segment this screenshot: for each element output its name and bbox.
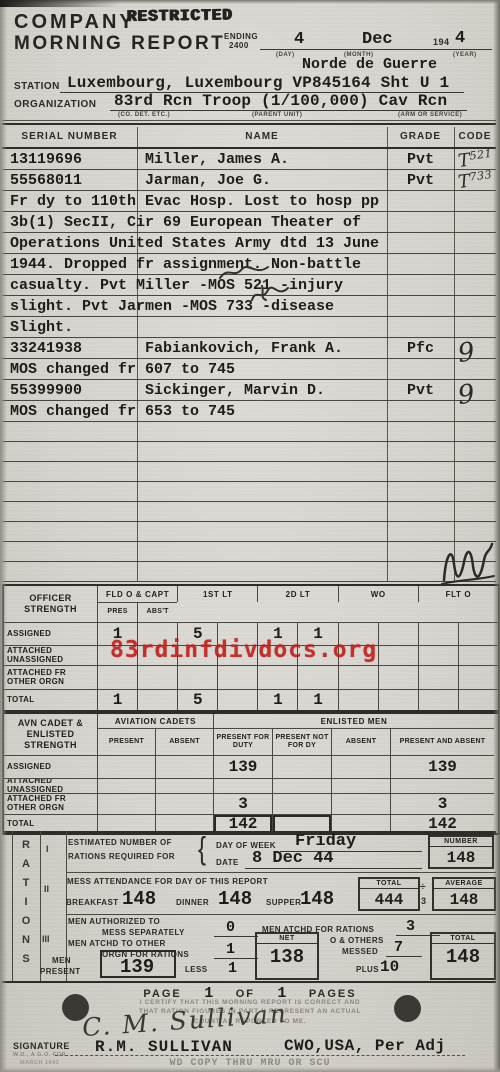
value-cell: [378, 665, 418, 689]
rations-vertical-label: RATIONS: [17, 836, 35, 969]
form-title-line2: MORNING REPORT: [14, 33, 225, 55]
value-cell: [418, 689, 458, 710]
value-cell: 1: [297, 689, 337, 710]
value-cell: [97, 755, 155, 778]
table-row: [2, 562, 496, 582]
row-label: ATTACHED UNASSIGNED: [4, 778, 97, 793]
row-label: ASSIGNED: [4, 755, 97, 778]
rations-bottom-rule: [2, 981, 496, 983]
initials-doodle: [440, 540, 496, 586]
rations-sec2-rule: [66, 914, 496, 915]
value-cell: [217, 665, 257, 689]
column-divider: [454, 254, 455, 274]
value-cell: [378, 622, 418, 645]
value-cell: [338, 689, 378, 710]
ration-date-value: 8 Dec 44: [252, 849, 334, 868]
column-divider: [137, 380, 138, 400]
entries-table: SERIAL NUMBER NAME GRADE CODE 13119696Mi…: [2, 127, 496, 582]
header-rule-thick: [2, 123, 496, 125]
column-divider: [454, 422, 455, 441]
breakfast-value: 148: [122, 888, 156, 910]
value-cell: [331, 755, 390, 778]
value-cell: [272, 793, 331, 814]
column-group-header: WO: [338, 586, 418, 602]
table-row: Slight.: [2, 317, 496, 338]
value-cell: [217, 689, 257, 710]
column-divider: [137, 522, 138, 541]
less-label: LESS: [185, 965, 208, 974]
org-sublabel-arm: (ARM OR SERVICE): [398, 112, 462, 118]
remark-text: Slight.: [10, 320, 73, 335]
station-label: STATION: [14, 81, 60, 92]
date-month-value: Dec: [362, 30, 393, 49]
table-row: [2, 542, 496, 562]
org-sublabel-parent: (PARENT UNIT): [252, 112, 302, 118]
rations-total-box: TOTAL 148: [430, 932, 496, 980]
column-divider: [387, 296, 388, 316]
table-row: [2, 502, 496, 522]
table-row: 33241938Fabiankovich, Frank A.Pfc9: [2, 338, 496, 359]
value-cell: [338, 665, 378, 689]
rations-letter: S: [17, 950, 35, 969]
column-subheader: PRESENT FOR DUTY: [213, 728, 272, 755]
day-sublabel: (DAY): [276, 52, 295, 58]
remark-text: MOS changed fr 607 to 745: [10, 362, 235, 377]
column-divider: [137, 462, 138, 481]
value-cell: [155, 793, 213, 814]
column-divider: [137, 562, 138, 581]
others-messed-value: 7: [394, 939, 403, 956]
ending-time: 2400: [229, 41, 249, 50]
column-divider: [137, 502, 138, 521]
section-numeral-2: II: [44, 884, 49, 894]
column-divider: [454, 170, 455, 190]
mess-total-value: 444: [360, 889, 418, 909]
divide-sign: ÷: [420, 882, 426, 893]
value-cell: [97, 778, 155, 793]
value-cell: [213, 778, 272, 793]
column-divider: [137, 149, 138, 169]
column-group-header: FLD O & CAPT: [97, 586, 177, 602]
scan-edge-corner: [0, 0, 120, 7]
column-divider: [137, 170, 138, 190]
value-cell: [458, 665, 498, 689]
serial-number-cell: 55399900: [10, 383, 82, 398]
rations-total-label: TOTAL: [432, 934, 494, 944]
breakfast-label: BREAKFAST: [66, 898, 119, 907]
grade-cell: Pvt: [387, 173, 454, 188]
number-box: NUMBER 148: [428, 835, 494, 869]
net-box: NET 138: [255, 932, 319, 980]
remark-text: 3b(1) SecII, Cir 69 European Theater of: [10, 215, 361, 230]
value-cell: [418, 665, 458, 689]
men-atchd-rations-value: 3: [406, 918, 415, 935]
value-cell: [97, 665, 137, 689]
mess-total-label: TOTAL: [360, 879, 418, 889]
scan-edge-left: [0, 0, 7, 1072]
value-cell: [137, 689, 177, 710]
ration-date-label: DATE: [216, 858, 239, 867]
section-numeral-1: I: [46, 844, 49, 854]
column-subheader: ABS'T: [137, 602, 177, 622]
date-day-value: 4: [294, 30, 304, 49]
morning-report-page: COMPANY MORNING REPORT RESTRICTED ENDING…: [0, 0, 500, 1072]
grade-cell: Pvt: [387, 152, 454, 167]
value-cell: [297, 665, 337, 689]
column-divider: [387, 401, 388, 421]
remark-text: MOS changed fr 653 to 745: [10, 404, 235, 419]
men-authorized-label-2: MESS SEPARATELY: [102, 928, 185, 937]
value-cell: [418, 622, 458, 645]
value-cell: [272, 755, 331, 778]
value-cell: 139: [390, 755, 494, 778]
column-subheader: ABSENT: [155, 728, 213, 755]
row-label: ASSIGNED: [4, 622, 97, 645]
column-subheader: PRESENT NOT FOR DY: [272, 728, 331, 755]
mess-separately-value: 0: [226, 919, 235, 936]
column-divider: [454, 317, 455, 337]
column-divider: [137, 317, 138, 337]
name-header: NAME: [137, 131, 387, 142]
punch-hole: [394, 995, 421, 1022]
name-cell: Fabiankovich, Frank A.: [145, 341, 343, 356]
supper-label: SUPPER: [266, 898, 301, 907]
men-present-label-1: MEN: [52, 956, 71, 965]
column-divider: [454, 212, 455, 232]
estimated-label-1: ESTIMATED NUMBER OF: [68, 838, 172, 847]
column-divider: [137, 422, 138, 441]
watermark: 83rdinfdivdocs.org: [110, 637, 377, 663]
value-underline: [386, 955, 422, 957]
form-title-line1: COMPANY: [14, 11, 136, 34]
column-group-header: 2D LT: [257, 586, 337, 602]
others-label-1: O & OTHERS: [330, 936, 384, 945]
value-cell: [458, 622, 498, 645]
remark-text: Fr dy to 110th Evac Hosp. Lost to hosp p…: [10, 194, 379, 209]
value-cell: [458, 645, 498, 665]
name-cell: Jarman, Joe G.: [145, 173, 271, 188]
year-sublabel: (YEAR): [453, 52, 477, 58]
column-divider: [387, 422, 388, 441]
value-cell: 1: [97, 689, 137, 710]
column-divider: [454, 401, 455, 421]
atchd-other-value: 1: [226, 941, 235, 958]
table-row: 13119696Miller, James A.PvtT521: [2, 149, 496, 170]
value-cell: [137, 665, 177, 689]
org-sublabel-co: (CO. DET. ETC.): [118, 112, 170, 118]
value-cell: [257, 665, 297, 689]
row-label: ATTACHED FR OTHER ORGN: [4, 665, 97, 689]
rations-letter: O: [17, 912, 35, 931]
value-cell: [378, 689, 418, 710]
serial-number-cell: 55568011: [10, 173, 82, 188]
table-row: [2, 462, 496, 482]
men-authorized-label-1: MEN AUTHORIZED TO: [68, 917, 160, 926]
rations-letter-rule: [40, 831, 41, 981]
restricted-stamp: RESTRICTED: [127, 6, 233, 25]
enlisted-strength-table: AVN CADET & ENLISTED STRENGTHAVIATION CA…: [2, 712, 500, 835]
column-divider: [387, 212, 388, 232]
atchd-other-label-1: MEN ATCHD TO OTHER: [68, 939, 166, 948]
value-cell: 3: [390, 793, 494, 814]
value-cell: [378, 645, 418, 665]
column-divider: [454, 359, 455, 379]
code-digits: 521: [469, 147, 493, 163]
supper-value: 148: [300, 888, 334, 910]
handwriting-scribble: [248, 284, 304, 304]
value-cell: [458, 689, 498, 710]
column-subheader: PRES: [97, 602, 137, 622]
column-subheader: PRESENT AND ABSENT: [390, 728, 494, 755]
table-row: [2, 522, 496, 542]
rations-letter: R: [17, 836, 35, 855]
row-label: ATTACHED UNASSIGNED: [4, 645, 97, 665]
number-value: 148: [430, 847, 492, 867]
number-label: NUMBER: [430, 837, 492, 847]
value-cell: [390, 778, 494, 793]
table-row: [2, 482, 496, 502]
column-divider: [387, 317, 388, 337]
grade-header: GRADE: [387, 131, 454, 142]
station-value: Luxembourg, Luxembourg VP845164 Sht U 1: [67, 74, 449, 92]
remark-text: Operations United States Army dtd 13 Jun…: [10, 236, 379, 251]
column-divider: [454, 380, 455, 400]
column-divider: [387, 462, 388, 481]
value-cell: [418, 645, 458, 665]
column-divider: [454, 149, 455, 169]
table-corner-label: OFFICER STRENGTH: [4, 586, 97, 622]
name-cell: Sickinger, Marvin D.: [145, 383, 325, 398]
value-underline: [214, 957, 258, 959]
entries-body: 13119696Miller, James A.PvtT52155568011J…: [2, 149, 496, 582]
column-divider: [137, 442, 138, 461]
less-value: 1: [228, 960, 237, 977]
serial-number-cell: 13119696: [10, 152, 82, 167]
rations-left-rule: [12, 831, 13, 981]
column-divider: [387, 233, 388, 253]
code-handwritten: T733: [457, 168, 494, 192]
value-cell: 1: [257, 689, 297, 710]
grade-cell: Pvt: [387, 383, 454, 398]
column-divider: [387, 522, 388, 541]
column-divider: [454, 233, 455, 253]
section-numeral-3: III: [42, 934, 50, 944]
column-group-header: 1ST LT: [177, 586, 257, 602]
rations-letter: N: [17, 931, 35, 950]
table-row: 55399900Sickinger, Marvin D.Pvt9: [2, 380, 496, 401]
grade-cell: Pfc: [387, 341, 454, 356]
value-cell: 139: [213, 755, 272, 778]
grade-organization: CWO,USA, Per Adj: [284, 1037, 446, 1055]
value-underline: [214, 935, 258, 937]
code-digits: 733: [469, 168, 493, 184]
row-label: ATTACHED FR OTHER ORGN: [4, 793, 97, 814]
code-name: Norde de Guerre: [302, 56, 437, 73]
value-cell: [177, 665, 217, 689]
column-divider: [387, 442, 388, 461]
column-divider: [454, 191, 455, 211]
name-cell: Miller, James A.: [145, 152, 289, 167]
table-row: Fr dy to 110th Evac Hosp. Lost to hosp p…: [2, 191, 496, 212]
column-divider: [454, 462, 455, 481]
entries-header-row: SERIAL NUMBER NAME GRADE CODE: [2, 127, 496, 149]
column-divider: [387, 482, 388, 501]
column-divider: [387, 359, 388, 379]
serial-number-header: SERIAL NUMBER: [2, 131, 137, 142]
handwriting-scribble: [218, 264, 274, 282]
plus-value: 10: [380, 958, 399, 976]
divisor: 3: [421, 896, 426, 906]
value-cell: [97, 793, 155, 814]
value-cell: [331, 778, 390, 793]
dinner-label: DINNER: [176, 898, 209, 907]
row-label: TOTAL: [4, 689, 97, 710]
value-cell: [272, 778, 331, 793]
rations-letter: I: [17, 893, 35, 912]
column-subheader: ABSENT: [331, 728, 390, 755]
code-header: CODE: [454, 131, 496, 142]
column-divider: [454, 522, 455, 541]
brace-glyph: {: [198, 832, 206, 868]
net-value: 138: [257, 944, 317, 968]
average-value: 148: [434, 889, 494, 909]
column-divider: [454, 296, 455, 316]
column-divider: [454, 482, 455, 501]
remark-text: 1944. Dropped fr assignment. Non-battle: [10, 257, 361, 272]
serial-number-cell: 33241938: [10, 341, 82, 356]
value-cell: [331, 793, 390, 814]
table-row: MOS changed fr 653 to 745: [2, 401, 496, 422]
column-divider: [454, 338, 455, 358]
column-group-header: AVIATION CADETS: [97, 714, 213, 728]
plus-label: PLUS: [356, 965, 379, 974]
column-divider: [387, 562, 388, 581]
column-divider: [454, 502, 455, 521]
column-group-header: FLT O: [418, 586, 498, 602]
men-present-label-2: PRESENT: [40, 967, 81, 976]
year-prefix: 194: [433, 37, 450, 47]
column-divider: [387, 502, 388, 521]
rations-top-rule: [2, 831, 496, 833]
scan-edge-bottom: [0, 1067, 500, 1072]
column-divider: [454, 275, 455, 295]
ration-date-underline: [245, 867, 422, 869]
table-corner-label: AVN CADET & ENLISTED STRENGTH: [4, 714, 97, 755]
column-group-header: ENLISTED MEN: [213, 714, 494, 728]
ending-label: ENDING: [224, 32, 258, 41]
value-cell: 3: [213, 793, 272, 814]
estimated-label-2: RATIONS REQUIRED FOR: [68, 852, 175, 861]
column-divider: [387, 542, 388, 561]
scan-edge-right: [493, 0, 500, 1072]
column-divider: [137, 482, 138, 501]
rations-total-value: 148: [432, 944, 494, 968]
average-label: AVERAGE: [434, 879, 494, 889]
rations-letter: A: [17, 855, 35, 874]
value-cell: [155, 755, 213, 778]
average-box: AVERAGE 148: [432, 877, 496, 911]
column-divider: [387, 191, 388, 211]
dinner-value: 148: [218, 888, 252, 910]
table-row: 55568011Jarman, Joe G.PvtT733: [2, 170, 496, 191]
column-divider: [387, 254, 388, 274]
table-row: Operations United States Army dtd 13 Jun…: [2, 233, 496, 254]
date-year-value: 4: [455, 29, 465, 48]
value-cell: 5: [177, 689, 217, 710]
column-subheader: PRESENT: [97, 728, 155, 755]
mess-attendance-title: MESS ATTENDANCE FOR DAY OF THIS REPORT: [67, 877, 268, 886]
table-row: [2, 422, 496, 442]
typed-signature-name: R.M. SULLIVAN: [95, 1038, 233, 1056]
organization-label: ORGANIZATION: [14, 99, 96, 110]
column-divider: [387, 275, 388, 295]
net-label: NET: [257, 934, 317, 944]
column-divider: [454, 442, 455, 461]
value-cell: [155, 778, 213, 793]
mess-total-box: TOTAL 444: [358, 877, 420, 911]
men-present-value: 139: [120, 956, 154, 978]
signature-label: SIGNATURE: [13, 1041, 70, 1051]
column-divider: [137, 338, 138, 358]
others-label-2: MESSED: [342, 947, 378, 956]
rations-sec1-rule: [66, 872, 496, 873]
header-rule-thin: [2, 120, 496, 121]
organization-value: 83rd Rcn Troop (1/100,000) Cav Rcn: [114, 92, 447, 110]
column-divider: [137, 542, 138, 561]
table-row: MOS changed fr 607 to 745: [2, 359, 496, 380]
rations-letter: T: [17, 874, 35, 893]
table-row: [2, 442, 496, 462]
table-row: 3b(1) SecII, Cir 69 European Theater of: [2, 212, 496, 233]
